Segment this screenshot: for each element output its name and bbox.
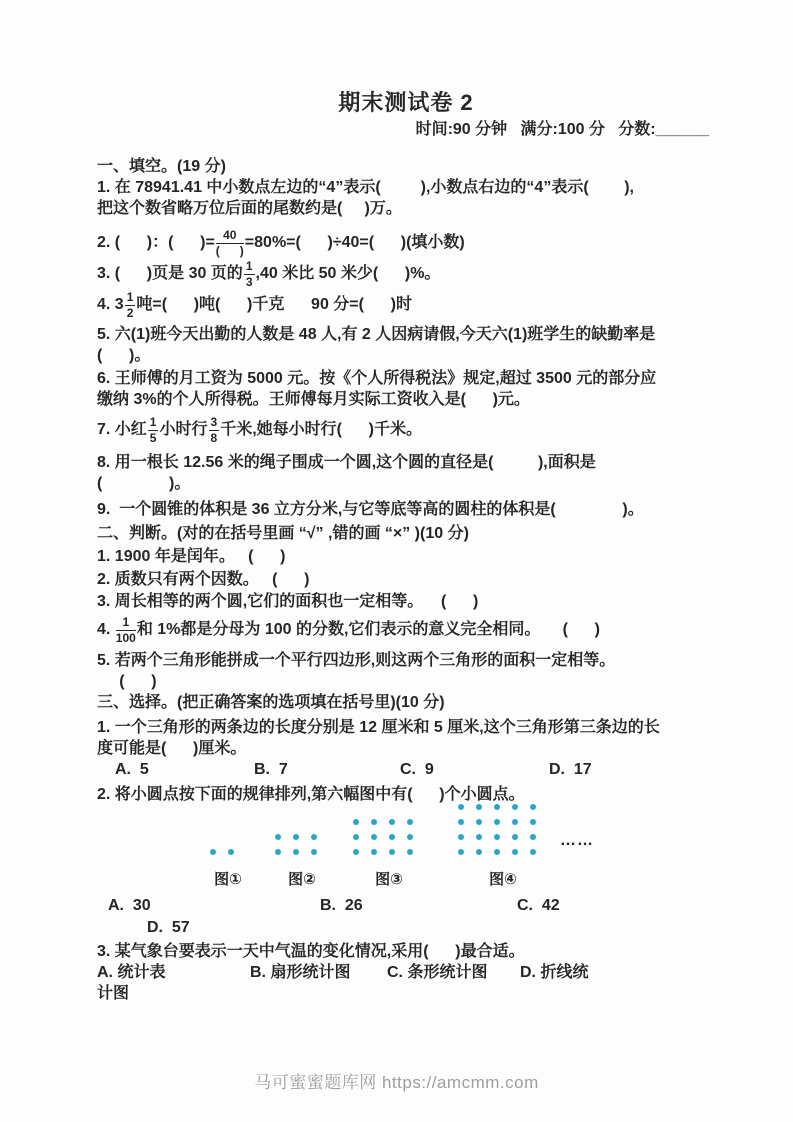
dot-icon — [512, 804, 518, 810]
dot-icon — [494, 849, 500, 855]
question-line-q4: 4. 312吨=( )吨( )千克 90 分=( )时 — [97, 291, 715, 319]
question-line-q8: 8. 用一根长 12.56 米的绳子围成一个圆,这个圆的直径是( ),面积是 (… — [97, 452, 715, 494]
fraction-denominator: 8 — [209, 431, 220, 445]
figure-label: 图② — [288, 871, 316, 889]
figure-3: 图③ — [353, 819, 425, 889]
dot-icon — [371, 849, 377, 855]
dot-icon — [458, 834, 464, 840]
question-line-q9: 9. 一个圆锥的体积是 36 立方分米,与它等底等高的圆柱的体积是( )。 — [97, 499, 715, 520]
fraction: 13 — [244, 260, 255, 288]
dot-grid — [458, 804, 548, 864]
dot-icon — [389, 834, 395, 840]
dot-icon — [311, 849, 317, 855]
dot-icon — [311, 834, 317, 840]
dot-icon — [512, 849, 518, 855]
figure-4: 图④ — [458, 804, 548, 889]
fraction-numerator: 40 — [216, 229, 244, 244]
dot-icon — [293, 849, 299, 855]
dot-icon — [494, 819, 500, 825]
dot-icon — [476, 834, 482, 840]
exam-meta-line: 时间:90 分钟 满分:100 分 分数:______ — [97, 118, 715, 142]
section-heading-h1: 一、填空。(19 分) — [97, 156, 715, 177]
site-footer: 马可蜜蜜题库网 https://amcmm.com — [0, 1068, 793, 1093]
question-line-q3: 3. ( )页是 30 页的13,40 米比 50 米少( )%。 — [97, 260, 715, 288]
dot-icon — [530, 804, 536, 810]
dot-icon — [293, 834, 299, 840]
options-row-c2opts2: D. 57 — [97, 917, 715, 938]
dot-icon — [476, 819, 482, 825]
fraction-numerator: 1 — [244, 260, 255, 275]
figure-1: 图① — [210, 849, 246, 889]
ellipsis-text: …… — [560, 830, 594, 851]
dot-icon — [512, 819, 518, 825]
question-line-c2: 2. 将小圆点按下面的规律排列,第六幅图中有( )个小圆点。 — [97, 784, 715, 805]
option-item: D. 57 — [147, 917, 190, 938]
dot-icon — [353, 849, 359, 855]
dot-icon — [530, 834, 536, 840]
dot-icon — [512, 834, 518, 840]
dot-icon — [389, 849, 395, 855]
options-row-c3opts: A. 统计表B. 扇形统计图C. 条形统计图D. 折线统 — [97, 962, 715, 983]
option-item: A. 30 — [108, 895, 151, 916]
dot-icon — [407, 834, 413, 840]
fraction-denominator: 100 — [116, 631, 136, 645]
figure-label: 图③ — [375, 871, 403, 889]
dot-grid — [210, 849, 246, 864]
question-line-c3: 3. 某气象台要表示一天中气温的变化情况,采用( )最合适。 — [97, 941, 715, 962]
document-body: 一、填空。(19 分)1. 在 78941.41 中小数点左边的“4”表示( )… — [97, 156, 715, 1004]
fraction-denominator: 3 — [244, 275, 255, 289]
options-row-c2opts1: A. 30B. 26C. 42 — [97, 895, 715, 916]
dot-grid — [275, 834, 329, 864]
dot-icon — [210, 849, 216, 855]
question-line-j3: 3. 周长相等的两个圆,它们的面积也一定相等。 ( ) — [97, 591, 715, 612]
dot-icon — [476, 849, 482, 855]
dot-icon — [275, 834, 281, 840]
question-line-q7: 7. 小红15小时行38千米,她每小时行( )千米。 — [97, 416, 715, 444]
figure-label: 图④ — [489, 871, 517, 889]
dot-icon — [371, 819, 377, 825]
option-item: A. 5 — [115, 759, 149, 780]
section-heading-h2: 二、判断。(对的在括号里画 “√” ,错的画 “×” )(10 分) — [97, 523, 715, 544]
fraction-numerator: 3 — [209, 416, 220, 431]
option-item: D. 折线统 — [520, 962, 588, 983]
dot-icon — [494, 834, 500, 840]
option-item: B. 扇形统计图 — [250, 962, 350, 983]
question-line-q6: 6. 王师傅的月工资为 5000 元。按《个人所得税法》规定,超过 3500 元… — [97, 368, 715, 410]
question-line-c3wrap: 计图 — [97, 983, 715, 1004]
dot-icon — [275, 849, 281, 855]
option-item: C. 9 — [400, 759, 434, 780]
dot-icon — [407, 849, 413, 855]
dot-icon — [371, 834, 377, 840]
question-line-c1: 1. 一个三角形的两条边的长度分别是 12 厘米和 5 厘米,这个三角形第三条边… — [97, 717, 715, 759]
dot-icon — [228, 849, 234, 855]
fraction: 38 — [209, 416, 220, 444]
fraction-numerator: 1 — [148, 416, 159, 431]
figure-2: 图② — [275, 834, 329, 889]
fraction-denominator: ( ) — [216, 244, 244, 258]
dot-icon — [530, 819, 536, 825]
option-item: D. 17 — [549, 759, 592, 780]
dot-icon — [407, 819, 413, 825]
question-line-j4: 4. 1100和 1%都是分母为 100 的分数,它们表示的意义完全相同。 ( … — [97, 616, 715, 644]
fraction-numerator: 1 — [116, 616, 136, 631]
dot-icon — [476, 804, 482, 810]
section-heading-h3: 三、选择。(把正确答案的选项填在括号里)(10 分) — [97, 692, 715, 713]
options-row-c1opts: A. 5B. 7C. 9D. 17 — [97, 759, 715, 780]
fraction: 15 — [148, 416, 159, 444]
option-item: C. 42 — [517, 895, 560, 916]
dot-icon — [458, 849, 464, 855]
fraction: 1100 — [116, 616, 136, 644]
question-line-j5: 5. 若两个三角形能拼成一个平行四边形,则这两个三角形的面积一定相等。 ( ) — [97, 650, 715, 692]
question-line-q1: 1. 在 78941.41 中小数点左边的“4”表示( ),小数点右边的“4”表… — [97, 177, 715, 219]
dot-pattern-figure: 图①图②图③图④…… — [97, 805, 715, 889]
fraction-denominator: 5 — [148, 431, 159, 445]
fraction: 12 — [125, 291, 136, 319]
fraction: 40( ) — [216, 229, 244, 257]
option-item: B. 7 — [254, 759, 288, 780]
dot-icon — [494, 804, 500, 810]
fraction-denominator: 2 — [125, 306, 136, 320]
dot-icon — [530, 849, 536, 855]
figure-label: 图① — [214, 871, 242, 889]
dot-icon — [353, 834, 359, 840]
option-item: C. 条形统计图 — [387, 962, 487, 983]
dot-icon — [353, 819, 359, 825]
dot-icon — [389, 819, 395, 825]
dot-grid — [353, 819, 425, 864]
page-title: 期末测试卷 2 — [97, 88, 715, 118]
question-line-q5: 5. 六(1)班今天出勤的人数是 48 人,有 2 人因病请假,今天六(1)班学… — [97, 324, 715, 366]
paper-content: 期末测试卷 2 时间:90 分钟 满分:100 分 分数:______ 一、填空… — [97, 88, 715, 1004]
question-line-q2: 2. ( )：( )=40( )=80%=( )÷40=( )(填小数) — [97, 229, 715, 257]
dot-icon — [458, 804, 464, 810]
test-paper-page: 期末测试卷 2 时间:90 分钟 满分:100 分 分数:______ 一、填空… — [0, 0, 793, 1122]
option-item: A. 统计表 — [97, 962, 165, 983]
option-item: B. 26 — [320, 895, 363, 916]
question-line-j1: 1. 1900 年是闰年。 ( ) — [97, 546, 715, 567]
fraction-numerator: 1 — [125, 291, 136, 306]
question-line-j2: 2. 质数只有两个因数。 ( ) — [97, 569, 715, 590]
dot-icon — [458, 819, 464, 825]
